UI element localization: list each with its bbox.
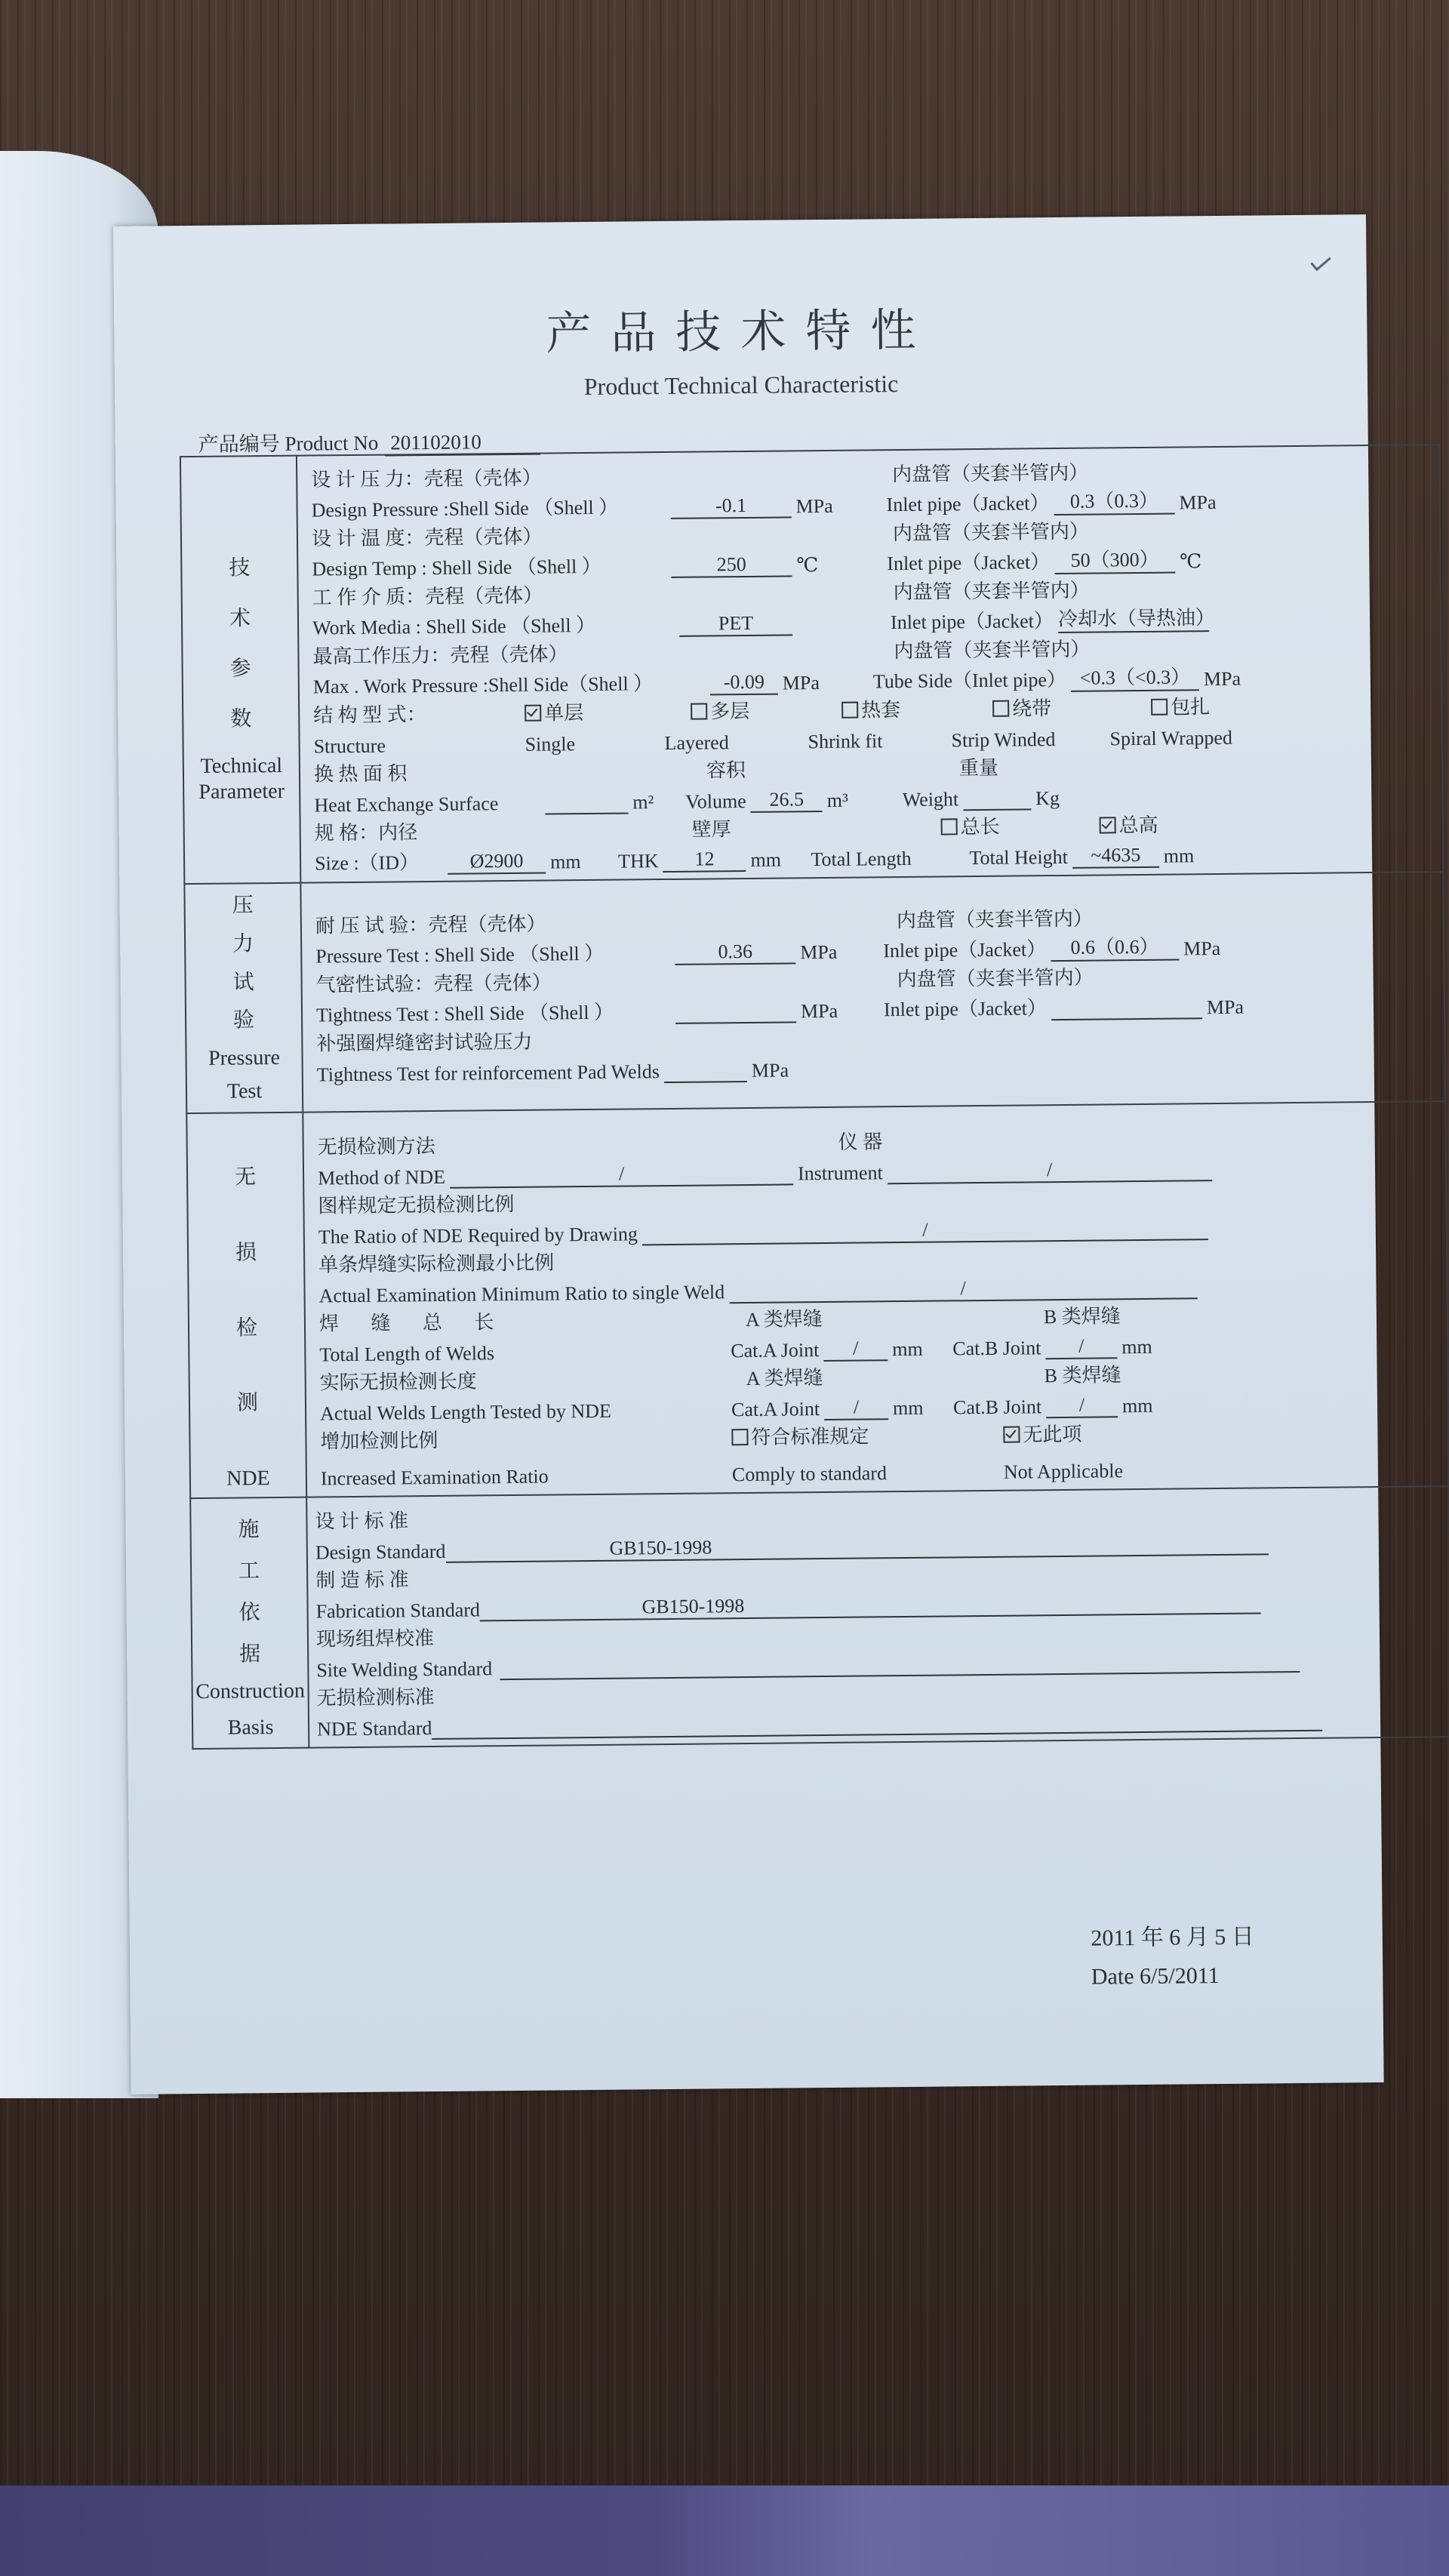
- checkbox-icon[interactable]: [992, 700, 1009, 717]
- checkbox-icon[interactable]: [731, 1429, 748, 1445]
- max-pressure-jacket-field[interactable]: <0.3（<0.3）: [1071, 661, 1199, 692]
- total-height-option[interactable]: 总高: [1099, 810, 1158, 839]
- nde-standard-field[interactable]: [432, 1730, 1323, 1740]
- design-pressure-shell-field[interactable]: -0.1: [670, 494, 791, 519]
- structure-option-spiral[interactable]: 包扎: [1151, 691, 1210, 720]
- max-pressure-shell-field[interactable]: -0.09: [710, 671, 778, 696]
- technical-fields: 设 计 压 力：壳程（壳体） 内盘管（夹套半管内） Design Pressur…: [297, 445, 1443, 883]
- comply-standard-option[interactable]: 符合标准规定: [731, 1420, 1003, 1450]
- checkbox-icon[interactable]: [941, 818, 958, 835]
- instrument-field[interactable]: /: [888, 1157, 1212, 1184]
- section-label-construction: 施 工 依 据 Construction Basis: [190, 1497, 309, 1749]
- section-label-pressure-test: 压 力 试 验 Pressure Test: [184, 883, 303, 1114]
- total-length-b-field[interactable]: /: [1045, 1335, 1117, 1360]
- tested-length-b-field[interactable]: /: [1046, 1394, 1118, 1419]
- technical-characteristic-table: 技 术 参 数 Technical Parameter 设 计 压 力：壳程（壳…: [180, 444, 1449, 1750]
- structure-option-single[interactable]: 单层: [525, 697, 691, 726]
- checkbox-icon[interactable]: [1151, 699, 1168, 716]
- document-page: 产品技术特性 Product Technical Characteristic …: [113, 214, 1384, 2094]
- checkbox-icon[interactable]: [691, 703, 707, 719]
- tested-length-a-field[interactable]: /: [824, 1396, 888, 1421]
- design-temp-jacket-field[interactable]: 50（300）: [1054, 544, 1175, 575]
- section-construction-basis: 施 工 依 据 Construction Basis 设 计 标 准 Desig…: [190, 1486, 1449, 1749]
- product-number-label: 产品编号 Product No: [198, 432, 379, 456]
- date-english: Date 6/5/2011: [1091, 1956, 1255, 1996]
- chevron-down-icon: [1310, 251, 1331, 271]
- construction-fields: 设 计 标 准 Design Standard GB150-1998 制 造 标…: [306, 1486, 1449, 1748]
- structure-option-strip[interactable]: 绕带: [992, 692, 1151, 722]
- total-height-field[interactable]: ~4635: [1072, 844, 1159, 869]
- inner-diameter-field[interactable]: Ø2900: [448, 850, 546, 875]
- section-technical-parameter: 技 术 参 数 Technical Parameter 设 计 压 力：壳程（壳…: [180, 445, 1443, 884]
- title-english: Product Technical Characteristic: [115, 365, 1367, 405]
- section-nde: 无 损 检 测 NDE 无损检测方法 仪 器 Method of NDE / I…: [186, 1101, 1449, 1498]
- date-chinese: 2011 年 6 月 5 日: [1091, 1918, 1254, 1958]
- design-temp-shell-field[interactable]: 250: [671, 552, 792, 578]
- design-pressure-jacket-field[interactable]: 0.3（0.3）: [1054, 485, 1174, 516]
- section-label-technical: 技 术 参 数 Technical Parameter: [180, 456, 300, 884]
- checkbox-checked-icon[interactable]: [525, 705, 541, 722]
- total-length-a-field[interactable]: /: [823, 1337, 888, 1362]
- min-ratio-field[interactable]: /: [729, 1276, 1197, 1304]
- thickness-field[interactable]: 12: [663, 848, 746, 873]
- purple-cloth: [0, 2485, 1449, 2576]
- structure-option-shrink[interactable]: 热套: [841, 694, 992, 723]
- pad-welds-field[interactable]: [664, 1081, 747, 1083]
- not-applicable-option[interactable]: 无此项: [1003, 1419, 1081, 1448]
- title-chinese: 产品技术特性: [114, 290, 1367, 367]
- pressure-test-jacket-field[interactable]: 0.6（0.6）: [1051, 931, 1179, 962]
- work-media-jacket-field[interactable]: 冷却水（导热油）: [1058, 602, 1209, 633]
- checkbox-checked-icon[interactable]: [1100, 817, 1116, 833]
- section-pressure-test: 压 力 试 验 Pressure Test 耐 压 试 验：壳程（壳体） 内盘管…: [184, 872, 1445, 1113]
- work-media-shell-field[interactable]: PET: [679, 611, 792, 636]
- nde-method-field[interactable]: /: [450, 1162, 793, 1189]
- document-date: 2011 年 6 月 5 日 Date 6/5/2011: [1091, 1918, 1254, 1996]
- total-length-option[interactable]: 总长: [940, 810, 1099, 839]
- checkbox-icon[interactable]: [841, 702, 858, 719]
- nde-fields: 无损检测方法 仪 器 Method of NDE / Instrument / …: [303, 1101, 1449, 1497]
- structure-option-layered[interactable]: 多层: [691, 695, 841, 725]
- checkbox-checked-icon[interactable]: [1003, 1426, 1020, 1443]
- volume-field[interactable]: 26.5: [751, 788, 823, 813]
- section-label-nde: 无 损 检 测 NDE: [186, 1113, 306, 1498]
- pressure-test-shell-field[interactable]: 0.36: [675, 940, 795, 966]
- pressure-test-fields: 耐 压 试 验：壳程（壳体） 内盘管（夹套半管内） Pressure Test …: [300, 872, 1445, 1113]
